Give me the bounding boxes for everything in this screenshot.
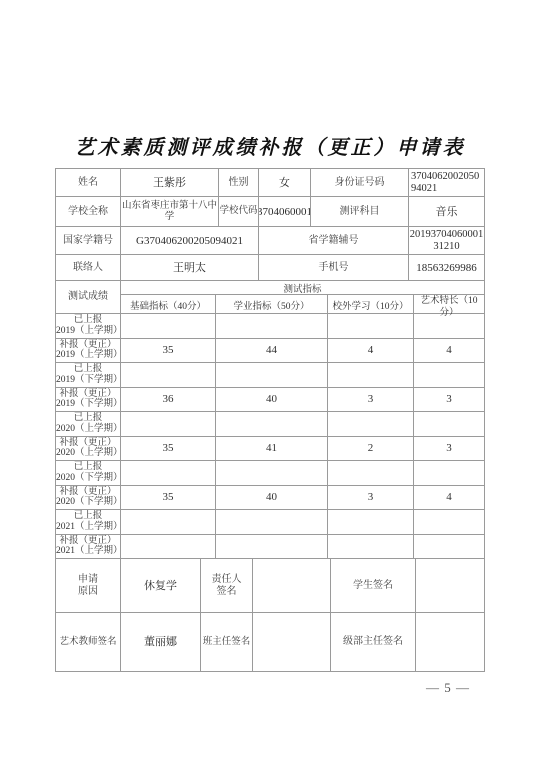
score-basic: 35	[121, 339, 216, 363]
score-row-label: 补报（更正） 2020（下学期）	[56, 486, 121, 510]
score-academic	[216, 363, 328, 387]
score-outside	[328, 363, 414, 387]
info-row-name: 姓名 王紫彤 性别 女 身份证号码 370406200205094021	[56, 169, 484, 197]
score-academic: 40	[216, 486, 328, 510]
student-sign-value	[416, 559, 484, 612]
term-label: 2019（上学期）	[56, 350, 120, 361]
report-type-label: 补报（更正）	[59, 340, 116, 351]
school-code-label: 学校代码	[219, 197, 259, 226]
score-row-label: 补报（更正） 2019（下学期）	[56, 388, 121, 412]
term-label: 2020（上学期）	[56, 424, 120, 435]
term-label: 2019（下学期）	[56, 399, 120, 410]
score-talent: 4	[414, 339, 484, 363]
art-teacher-value: 董丽娜	[121, 613, 201, 671]
score-row-label: 补报（更正） 2020（上学期）	[56, 437, 121, 461]
page-title: 艺术素质测评成绩补报（更正）申请表	[0, 131, 540, 160]
report-type-label: 已上报	[74, 413, 103, 424]
score-academic	[216, 314, 328, 338]
score-outside: 3	[328, 388, 414, 412]
contact-value: 王明太	[121, 255, 259, 280]
art-teacher-label: 艺术教师签名	[56, 613, 121, 671]
score-section-label: 测试成绩	[56, 281, 121, 313]
score-row-label: 已上报 2021（上学期）	[56, 510, 121, 534]
score-basic	[121, 412, 216, 436]
score-basic: 36	[121, 388, 216, 412]
phone-label: 手机号	[259, 255, 409, 280]
score-header-row: 测试成绩 测试指标 基础指标（40分） 学业指标（50分） 校外学习（10分） …	[56, 281, 484, 314]
report-type-label: 已上报	[74, 315, 103, 326]
class-teacher-value	[253, 613, 331, 671]
score-basic	[121, 461, 216, 485]
score-row-label: 已上报 2020（上学期）	[56, 412, 121, 436]
score-talent	[414, 363, 484, 387]
score-row: 补报（更正） 2020（上学期） 35 41 2 3	[56, 437, 484, 462]
score-basic	[121, 314, 216, 338]
score-row: 补报（更正） 2019（下学期） 36 40 3 3	[56, 388, 484, 413]
score-outside	[328, 535, 414, 559]
score-talent	[414, 535, 484, 559]
score-academic	[216, 510, 328, 534]
school-value: 山东省枣庄市第十八中学	[121, 197, 219, 226]
score-row: 已上报 2019（下学期）	[56, 363, 484, 388]
school-code-value: 3704060001	[259, 197, 311, 226]
term-label: 2019（下学期）	[56, 375, 120, 386]
signoff-row-signatures: 艺术教师签名 董丽娜 班主任签名 级部主任签名	[56, 613, 484, 671]
national-sid-label: 国家学籍号	[56, 227, 121, 254]
score-row: 补报（更正） 2020（下学期） 35 40 3 4	[56, 486, 484, 511]
score-academic: 41	[216, 437, 328, 461]
class-teacher-label: 班主任签名	[201, 613, 253, 671]
province-sid-value: 2019370406000131210	[409, 227, 484, 254]
report-type-label: 补报（更正）	[59, 487, 116, 498]
document-page: 艺术素质测评成绩补报（更正）申请表 姓名 王紫彤 性别 女 身份证号码 3704…	[0, 0, 540, 763]
score-outside	[328, 510, 414, 534]
score-outside	[328, 314, 414, 338]
responsible-sign-value	[253, 559, 331, 612]
reason-value: 休复学	[121, 559, 201, 612]
score-academic	[216, 412, 328, 436]
term-label: 2020（下学期）	[56, 497, 120, 508]
term-label: 2020（上学期）	[56, 448, 120, 459]
score-academic: 40	[216, 388, 328, 412]
score-row: 已上报 2020（下学期）	[56, 461, 484, 486]
score-talent	[414, 314, 484, 338]
score-basic	[121, 363, 216, 387]
score-row: 已上报 2019（上学期）	[56, 314, 484, 339]
info-row-contact: 联络人 王明太 手机号 18563269986	[56, 255, 484, 281]
score-basic: 35	[121, 437, 216, 461]
score-row: 已上报 2020（上学期）	[56, 412, 484, 437]
term-label: 2019（上学期）	[56, 326, 120, 337]
grade-head-label: 级部主任签名	[331, 613, 416, 671]
score-outside: 4	[328, 339, 414, 363]
score-row: 补报（更正） 2019（上学期） 35 44 4 4	[56, 339, 484, 364]
score-academic	[216, 535, 328, 559]
subject-label: 测评科目	[311, 197, 409, 226]
score-row-label: 补报（更正） 2021（上学期）	[56, 535, 121, 559]
gender-label: 性别	[219, 169, 259, 196]
score-talent: 3	[414, 388, 484, 412]
province-sid-label: 省学籍辅号	[259, 227, 409, 254]
score-outside: 3	[328, 486, 414, 510]
report-type-label: 补报（更正）	[59, 389, 116, 400]
name-value: 王紫彤	[121, 169, 219, 196]
score-talent	[414, 412, 484, 436]
name-label: 姓名	[56, 169, 121, 196]
application-form-table: 姓名 王紫彤 性别 女 身份证号码 370406200205094021 学校全…	[55, 168, 485, 672]
score-outside	[328, 412, 414, 436]
score-outside	[328, 461, 414, 485]
phone-value: 18563269986	[409, 255, 484, 280]
report-type-label: 已上报	[74, 364, 103, 375]
score-row-label: 已上报 2020（下学期）	[56, 461, 121, 485]
term-label: 2021（上学期）	[56, 522, 120, 533]
national-sid-value: G370406200205094021	[121, 227, 259, 254]
score-talent: 4	[414, 486, 484, 510]
id-label: 身份证号码	[311, 169, 409, 196]
score-academic: 44	[216, 339, 328, 363]
info-row-student-ids: 国家学籍号 G370406200205094021 省学籍辅号 20193704…	[56, 227, 484, 255]
term-label: 2020（下学期）	[56, 473, 120, 484]
term-label: 2021（上学期）	[56, 546, 120, 557]
score-row-label: 已上报 2019（上学期）	[56, 314, 121, 338]
score-talent	[414, 461, 484, 485]
score-basic	[121, 535, 216, 559]
score-basic: 35	[121, 486, 216, 510]
report-type-label: 已上报	[74, 462, 103, 473]
subject-value: 音乐	[409, 197, 484, 226]
score-row-label: 已上报 2019（下学期）	[56, 363, 121, 387]
score-row: 已上报 2021（上学期）	[56, 510, 484, 535]
id-value: 370406200205094021	[409, 169, 484, 196]
signoff-row-reason: 申请 原因 休复学 责任人 签名 学生签名	[56, 559, 484, 613]
score-academic	[216, 461, 328, 485]
reason-label: 申请 原因	[56, 559, 121, 612]
report-type-label: 已上报	[74, 511, 103, 522]
info-row-school: 学校全称 山东省枣庄市第十八中学 学校代码 3704060001 测评科目 音乐	[56, 197, 484, 227]
school-label: 学校全称	[56, 197, 121, 226]
gender-value: 女	[259, 169, 311, 196]
report-type-label: 补报（更正）	[59, 536, 116, 547]
report-type-label: 补报（更正）	[59, 438, 116, 449]
student-sign-label: 学生签名	[331, 559, 416, 612]
indicator-header: 测试指标	[121, 281, 484, 295]
score-talent	[414, 510, 484, 534]
score-talent: 3	[414, 437, 484, 461]
responsible-sign-label: 责任人 签名	[201, 559, 253, 612]
score-outside: 2	[328, 437, 414, 461]
score-basic	[121, 510, 216, 534]
contact-label: 联络人	[56, 255, 121, 280]
page-number: — 5 —	[408, 680, 488, 696]
score-indicator-block: 测试指标 基础指标（40分） 学业指标（50分） 校外学习（10分） 艺术特长（…	[121, 281, 484, 313]
score-row: 补报（更正） 2021（上学期）	[56, 535, 484, 560]
score-row-label: 补报（更正） 2019（上学期）	[56, 339, 121, 363]
grade-head-value	[416, 613, 484, 671]
